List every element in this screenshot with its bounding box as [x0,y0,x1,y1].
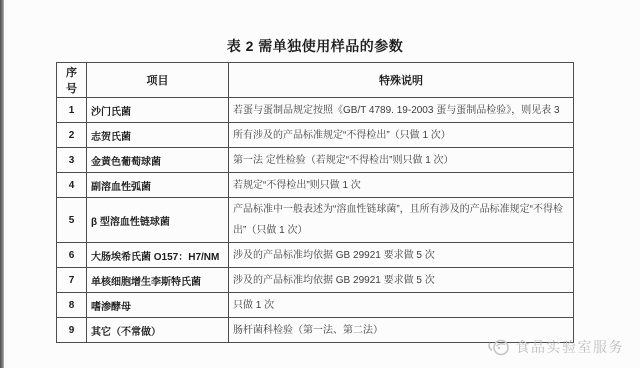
cell-serial-number: 2 [57,123,87,148]
cell-serial-number: 7 [57,268,87,293]
column-header-serial: 序号 [57,63,87,98]
watermark: 食品实验室服务 [487,337,625,357]
cell-special-note: 产品标准中一般表述为“溶血性链球菌”，且所有涉及的产品标准规定“不得检出”（只做… [229,198,574,243]
cell-serial-number: 1 [57,98,87,123]
table-row: 4 副溶血性弧菌 若规定“不得检出”则只做 1 次 [57,173,574,198]
table-row: 3 金黄色葡萄球菌 第一法 定性检验（若规定“不得检出”则只做 1 次） [57,148,574,173]
cell-item-name: 其它（不常做） [87,318,229,343]
cell-item-name: 金黄色葡萄球菌 [87,148,229,173]
cell-serial-number: 6 [57,243,87,268]
cell-special-note: 若蛋与蛋制品规定按照《GB/T 4789. 19-2003 蛋与蛋制品检验》，则… [229,98,574,123]
cell-special-note: 涉及的产品标准均依据 GB 29921 要求做 5 次 [229,243,574,268]
watermark-text: 食品实验室服务 [516,337,625,357]
cell-item-name: 沙门氏菌 [87,98,229,123]
cell-item-name: β 型溶血性链球菌 [87,198,229,243]
table-row: 1 沙门氏菌 若蛋与蛋制品规定按照《GB/T 4789. 19-2003 蛋与蛋… [57,98,574,123]
cell-serial-number: 9 [57,318,87,343]
cell-item-name: 副溶血性弧菌 [87,173,229,198]
table-row: 5 β 型溶血性链球菌 产品标准中一般表述为“溶血性链球菌”，且所有涉及的产品标… [57,198,574,243]
cell-serial-number: 8 [57,293,87,318]
cell-item-name: 单核细胞增生李斯特氏菌 [87,268,229,293]
circle-face-logo-icon [487,338,511,357]
cell-serial-number: 4 [57,173,87,198]
cell-special-note: 第一法 定性检验（若规定“不得检出”则只做 1 次） [229,148,574,173]
cell-special-note: 若规定“不得检出”则只做 1 次 [229,173,574,198]
parameters-table: 序号 项目 特殊说明 1 沙门氏菌 若蛋与蛋制品规定按照《GB/T 4789. … [56,62,574,343]
cell-special-note: 所有涉及的产品标准规定“不得检出”（只做 1 次） [229,123,574,148]
cell-serial-number: 3 [57,148,87,173]
cell-special-note: 只做 1 次 [229,293,574,318]
table-header-row: 序号 项目 特殊说明 [57,63,574,98]
table-row: 6 大肠埃希氏菌 O157：H7/NM 涉及的产品标准均依据 GB 29921 … [57,243,574,268]
scan-edge-artifact [0,0,4,368]
table-row: 7 单核细胞增生李斯特氏菌 涉及的产品标准均依据 GB 29921 要求做 5 … [57,268,574,293]
cell-serial-number: 5 [57,198,87,243]
column-header-item: 项目 [87,63,229,98]
table-row: 8 嗜渗酵母 只做 1 次 [57,293,574,318]
column-header-note: 特殊说明 [229,63,574,98]
cell-item-name: 嗜渗酵母 [87,293,229,318]
cell-item-name: 大肠埃希氏菌 O157：H7/NM [87,243,229,268]
cell-special-note: 涉及的产品标准均依据 GB 29921 要求做 5 次 [229,268,574,293]
table-title: 表 2 需单独使用样品的参数 [56,36,574,56]
table-row: 2 志贺氏菌 所有涉及的产品标准规定“不得检出”（只做 1 次） [57,123,574,148]
cell-item-name: 志贺氏菌 [87,123,229,148]
document-page: 表 2 需单独使用样品的参数 序号 项目 特殊说明 1 沙门氏菌 若蛋与蛋制品规… [0,0,640,368]
